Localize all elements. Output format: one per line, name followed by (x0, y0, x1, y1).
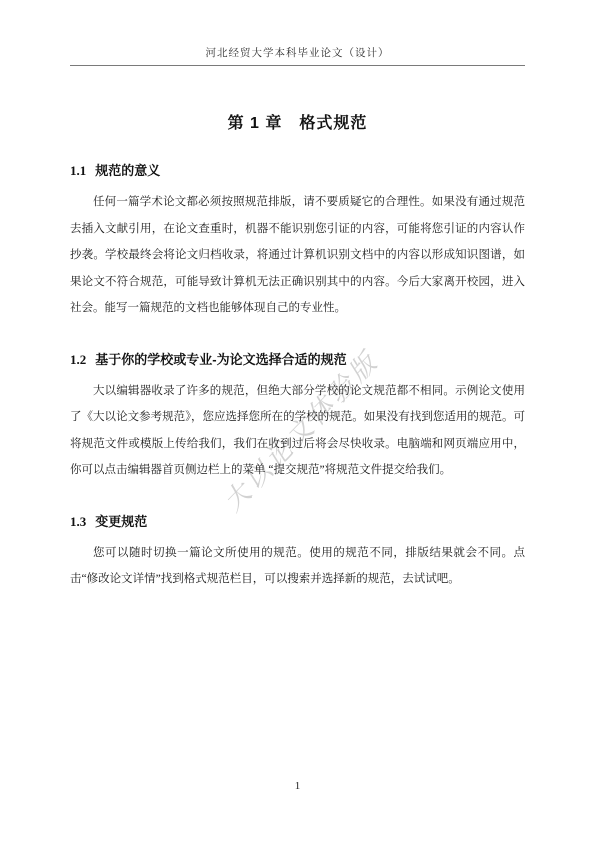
section-number: 1.1 (70, 163, 86, 178)
section-title: 基于你的学校或专业-为论文选择合适的规范 (95, 352, 346, 367)
section-title: 变更规范 (95, 514, 147, 529)
chapter-title: 第 1 章 格式规范 (70, 110, 525, 133)
section-body-paragraph: 大以编辑器收录了许多的规范，但绝大部分学校的论文规范都不相同。示例论文使用了《大… (70, 378, 525, 484)
section-body-paragraph: 您可以随时切换一篇论文所使用的规范。使用的规范不同，排版结果就会不同。点击“修改… (70, 540, 525, 593)
section-heading-1-2: 1.2基于你的学校或专业-为论文选择合适的规范 (70, 349, 525, 368)
section-heading-1-1: 1.1规范的意义 (70, 160, 525, 179)
section-body-paragraph: 任何一篇学术论文都必须按照规范排版，请不要质疑它的合理性。如果没有通过规范去插入… (70, 189, 525, 322)
section-heading-1-3: 1.3变更规范 (70, 511, 525, 530)
section-title: 规范的意义 (95, 163, 160, 178)
running-header: 河北经贸大学本科毕业论文（设计） (70, 0, 525, 66)
page-content: 河北经贸大学本科毕业论文（设计） 第 1 章 格式规范 1.1规范的意义 任何一… (0, 0, 595, 593)
document-page: 大以论文体验版 河北经贸大学本科毕业论文（设计） 第 1 章 格式规范 1.1规… (0, 0, 595, 842)
section-number: 1.3 (70, 514, 86, 529)
page-number: 1 (0, 780, 595, 792)
section-number: 1.2 (70, 352, 86, 367)
